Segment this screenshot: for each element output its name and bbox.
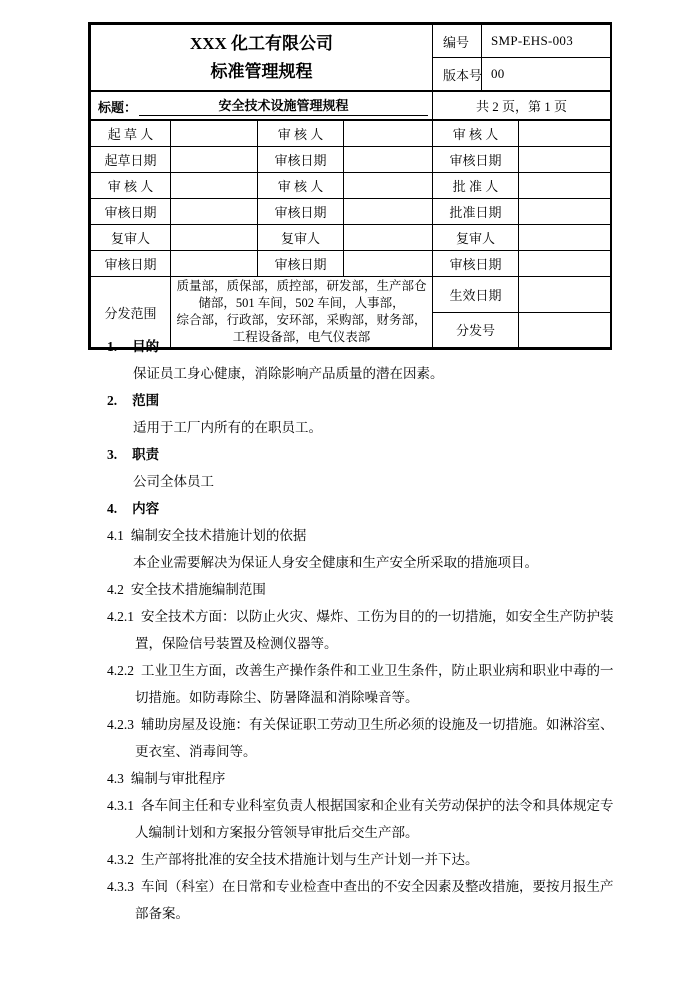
sign-value-cell	[344, 121, 433, 147]
table-row: 审核日期 审核日期 审核日期	[91, 251, 611, 277]
section-number: 4.	[107, 501, 117, 516]
clause-text: 安全技术方面：以防止火灾、爆炸、工伤为目的的一切措施，如安全生产防护装置，保险信…	[135, 609, 614, 651]
paragraph: 公司全体员工	[107, 468, 619, 495]
clause-text: 各车间主任和专业科室负责人根据国家和企业有关劳动保护的法令和具体规定专人编制计划…	[135, 798, 614, 840]
clause-text: 车间（科室）在日常和专业检查中查出的不安全因素及整改措施，要按月报生产部备案。	[135, 879, 614, 921]
section-number: 2.	[107, 393, 117, 408]
sign-label-cell: 审核日期	[91, 199, 171, 225]
sign-label-cell: 审 核 人	[91, 173, 171, 199]
sign-label-cell: 复审人	[91, 225, 171, 251]
sign-value-cell	[171, 173, 258, 199]
sign-value-cell	[344, 199, 433, 225]
clause-text: 安全技术措施编制范围	[131, 582, 266, 597]
effective-date-label: 生效日期	[433, 277, 519, 313]
company-title: XXX 化工有限公司 标准管理规程	[91, 25, 433, 91]
sign-label-cell: 复审人	[433, 225, 519, 251]
table-row: 审核日期 审核日期 批准日期	[91, 199, 611, 225]
section-heading: 4.内容	[107, 495, 619, 522]
table-row: 分发范围 质量部，质保部，质控部，研发部，生产部仓 储部，501 车间，502 …	[91, 277, 611, 313]
sign-value-cell	[344, 251, 433, 277]
title-row-table: 标题：安全技术设施管理规程 共 2 页，第 1 页	[90, 91, 611, 120]
sign-value-cell	[519, 251, 611, 277]
sign-label-cell: 起 草 人	[91, 121, 171, 147]
numbered-paragraph: 4.2.3辅助房屋及设施：有关保证职工劳动卫生所必须的设施及一切措施。如淋浴室、…	[107, 711, 619, 765]
section-title: 目的	[132, 339, 159, 354]
sign-value-cell	[519, 121, 611, 147]
document-title: 安全技术设施管理规程	[139, 95, 428, 116]
sign-value-cell	[519, 199, 611, 225]
paragraph: 本企业需要解决为保证人身安全健康和生产安全所采取的措施项目。	[107, 549, 619, 576]
sign-value-cell	[171, 121, 258, 147]
section-number: 3.	[107, 447, 117, 462]
section-title: 内容	[132, 501, 159, 516]
clause-number: 4.2	[107, 582, 124, 597]
effective-date-value	[519, 277, 611, 313]
sign-label-cell: 审核日期	[433, 147, 519, 173]
sign-value-cell	[171, 225, 258, 251]
title-label: 标题：	[98, 100, 137, 115]
section-number: 1.	[107, 339, 117, 354]
numbered-paragraph: 4.2安全技术措施编制范围	[107, 576, 619, 603]
sign-label-cell: 审 核 人	[433, 121, 519, 147]
clause-text: 工业卫生方面，改善生产操作条件和工业卫生条件，防止职业病和职业中毒的一切措施。如…	[135, 663, 614, 705]
sign-label-cell: 复审人	[258, 225, 344, 251]
clause-number: 4.1	[107, 528, 124, 543]
distribution-line: 储部，501 车间，502 车间，人事部，	[175, 295, 428, 312]
sign-label-cell: 审核日期	[258, 199, 344, 225]
sign-value-cell	[171, 251, 258, 277]
section-heading: 2.范围	[107, 387, 619, 414]
clause-number: 4.2.1	[107, 609, 134, 624]
paragraph: 适用于工厂内所有的在职员工。	[107, 414, 619, 441]
document-body: 1.目的 保证员工身心健康，消除影响产品质量的潜在因素。 2.范围 适用于工厂内…	[107, 333, 619, 927]
code-label: 编号	[433, 25, 482, 58]
signature-table: 起 草 人 审 核 人 审 核 人 起草日期 审核日期 审核日期 审 核 人 审…	[90, 120, 611, 348]
numbered-paragraph: 4.3.3车间（科室）在日常和专业检查中查出的不安全因素及整改措施，要按月报生产…	[107, 873, 619, 927]
clause-text: 编制安全技术措施计划的依据	[131, 528, 307, 543]
sign-label-cell: 审核日期	[258, 147, 344, 173]
sign-value-cell	[519, 173, 611, 199]
table-row: 起 草 人 审 核 人 审 核 人	[91, 121, 611, 147]
numbered-paragraph: 4.2.1安全技术方面：以防止火灾、爆炸、工伤为目的的一切措施，如安全生产防护装…	[107, 603, 619, 657]
distribution-line: 质量部，质保部，质控部，研发部，生产部仓	[175, 278, 428, 295]
code-value: SMP-EHS-003	[482, 25, 611, 58]
header-meta-table: XXX 化工有限公司 标准管理规程 编号 SMP-EHS-003 版本号 00	[90, 24, 611, 91]
sign-value-cell	[344, 173, 433, 199]
table-row: 起草日期 审核日期 审核日期	[91, 147, 611, 173]
section-heading: 3.职责	[107, 441, 619, 468]
title-cell: 标题：安全技术设施管理规程	[91, 92, 433, 120]
clause-number: 4.3	[107, 771, 124, 786]
numbered-paragraph: 4.3.1各车间主任和专业科室负责人根据国家和企业有关劳动保护的法令和具体规定专…	[107, 792, 619, 846]
document-header-table: XXX 化工有限公司 标准管理规程 编号 SMP-EHS-003 版本号 00 …	[88, 22, 612, 350]
numbered-paragraph: 4.2.2工业卫生方面，改善生产操作条件和工业卫生条件，防止职业病和职业中毒的一…	[107, 657, 619, 711]
document-page: XXX 化工有限公司 标准管理规程 编号 SMP-EHS-003 版本号 00 …	[0, 0, 700, 990]
sign-label-cell: 审 核 人	[258, 121, 344, 147]
sign-label-cell: 起草日期	[91, 147, 171, 173]
section-title: 范围	[132, 393, 159, 408]
clause-number: 4.2.3	[107, 717, 134, 732]
clause-text: 辅助房屋及设施：有关保证职工劳动卫生所必须的设施及一切措施。如淋浴室、更衣室、消…	[135, 717, 614, 759]
sign-value-cell	[519, 225, 611, 251]
sign-value-cell	[519, 147, 611, 173]
document-type: 标准管理规程	[91, 58, 432, 86]
table-row: 审 核 人 审 核 人 批 准 人	[91, 173, 611, 199]
company-name: XXX 化工有限公司	[91, 30, 432, 58]
distribution-line: 综合部，行政部，安环部，采购部，财务部，	[175, 312, 428, 329]
section-title: 职责	[132, 447, 159, 462]
page-info: 共 2 页，第 1 页	[433, 92, 611, 120]
clause-text: 生产部将批准的安全技术措施计划与生产计划一并下达。	[141, 852, 479, 867]
numbered-paragraph: 4.3.2生产部将批准的安全技术措施计划与生产计划一并下达。	[107, 846, 619, 873]
version-label: 版本号	[433, 58, 482, 91]
clause-text: 编制与审批程序	[131, 771, 226, 786]
sign-value-cell	[344, 147, 433, 173]
version-value: 00	[482, 58, 611, 91]
sign-value-cell	[344, 225, 433, 251]
sign-label-cell: 批准日期	[433, 199, 519, 225]
numbered-paragraph: 4.1编制安全技术措施计划的依据	[107, 522, 619, 549]
sign-label-cell: 审核日期	[258, 251, 344, 277]
table-row: 复审人 复审人 复审人	[91, 225, 611, 251]
sign-label-cell: 审核日期	[433, 251, 519, 277]
clause-number: 4.3.2	[107, 852, 134, 867]
clause-number: 4.2.2	[107, 663, 134, 678]
sign-label-cell: 审核日期	[91, 251, 171, 277]
clause-number: 4.3.1	[107, 798, 134, 813]
sign-label-cell: 批 准 人	[433, 173, 519, 199]
numbered-paragraph: 4.3编制与审批程序	[107, 765, 619, 792]
clause-number: 4.3.3	[107, 879, 134, 894]
sign-value-cell	[171, 147, 258, 173]
sign-value-cell	[171, 199, 258, 225]
section-heading: 1.目的	[107, 333, 619, 360]
sign-label-cell: 审 核 人	[258, 173, 344, 199]
paragraph: 保证员工身心健康，消除影响产品质量的潜在因素。	[107, 360, 619, 387]
